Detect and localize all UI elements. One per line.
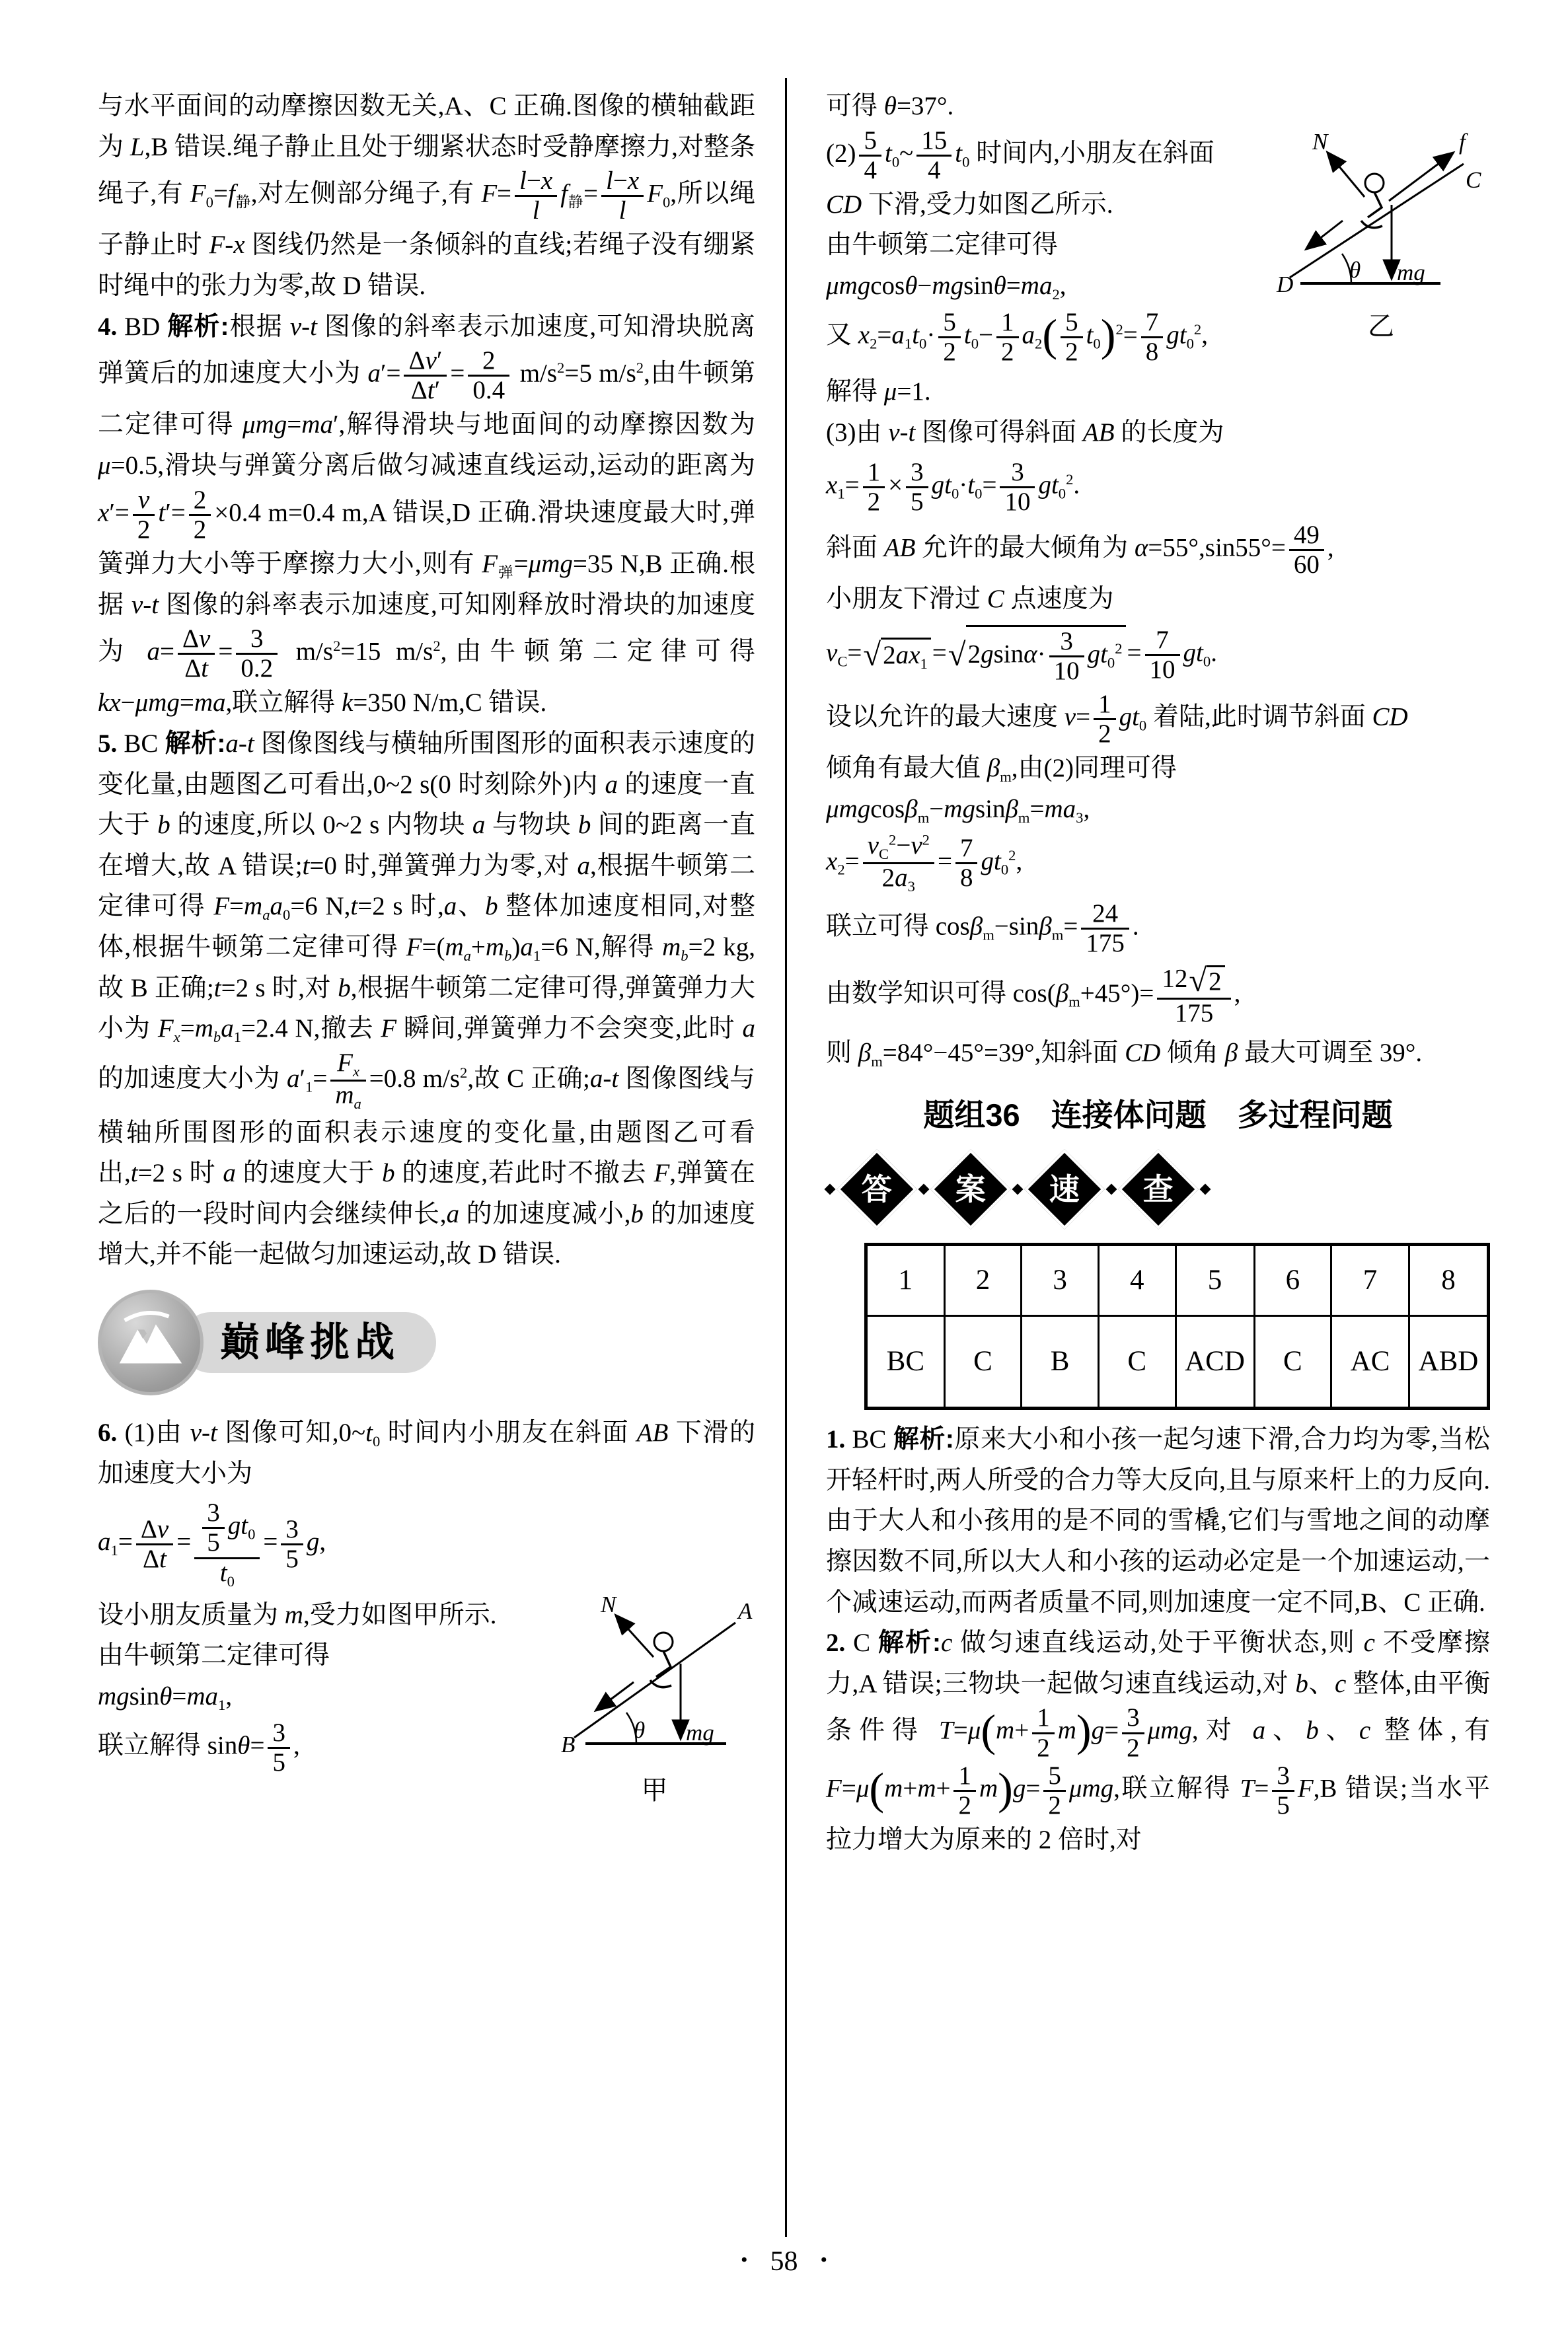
formula-cos-minus-sin: 联立可得 cosβm−sinβm=24175. <box>826 900 1490 957</box>
answer-q8: 8 <box>1409 1245 1488 1316</box>
figure-yi: N f C D θ mg 乙 <box>1272 127 1490 342</box>
figure-yi-caption: 乙 <box>1272 312 1490 341</box>
answer-v1: BC <box>866 1316 945 1409</box>
motion-arrow <box>1307 221 1343 248</box>
answer-q6: 6 <box>1254 1245 1331 1316</box>
badge-dot <box>1106 1184 1117 1195</box>
theta-label: θ <box>634 1717 645 1743</box>
paragraph-max-angle: 斜面 AB 允许的最大倾角为 α=55°,sin55°=4960, <box>826 521 1490 579</box>
formula-a1: a1=ΔvΔt=35gt0t0=35g, <box>98 1499 755 1590</box>
formula-x2-beta: x2=vC2−v22a3=78gt02, <box>826 832 1490 895</box>
left-column: 与水平面间的动摩擦因数无关,A、C 正确.图像的横轴截距为 L,B 错误.绳子静… <box>98 86 755 1808</box>
paragraph-item2-answer: 2. C 解析:c 做匀速直线运动,处于平衡状态,则 c 不受摩擦力,A 错误;… <box>826 1623 1490 1860</box>
badge-dot <box>1200 1184 1211 1195</box>
answer-v5: ACD <box>1176 1316 1254 1409</box>
paragraph-item6-part1: 6. (1)由 v-t 图像可知,0~t0 时间内小朋友在斜面 AB 下滑的加速… <box>98 1413 755 1494</box>
figure-body <box>1368 192 1382 217</box>
answer-v8: ABD <box>1409 1316 1488 1409</box>
point-a-label: A <box>737 1598 753 1624</box>
answer-v6: C <box>1254 1316 1331 1409</box>
point-c-label: C <box>1466 167 1481 193</box>
badge-dot <box>1012 1184 1024 1195</box>
paragraph-pass-c: 小朋友下滑过 C 点速度为 <box>826 579 1490 620</box>
answer-table: 1 2 3 4 5 6 7 8 BC C B C ACD C AC ABD <box>864 1243 1490 1410</box>
mountain-shape <box>120 1325 182 1364</box>
mountain-icon-svg <box>112 1304 190 1382</box>
answer-v3: B <box>1022 1316 1099 1409</box>
motion-arrow <box>597 1682 634 1710</box>
badge-char-4: 查 <box>1143 1165 1174 1214</box>
force-diagram-yi: N f C D θ mg <box>1275 127 1487 299</box>
paragraph-part3: (3)由 v-t 图像可得斜面 AB 的长度为 <box>826 412 1490 453</box>
friction-label: f <box>1459 129 1468 155</box>
answer-v7: AC <box>1331 1316 1409 1409</box>
formula-mu-cos-beta: μmgcosβm−mgsinβm=ma3, <box>826 794 1490 827</box>
paragraph-item4-answer: 4. BD 解析:根据 v-t 图像的斜率表示加速度,可知滑块脱离弹簧后的加速度… <box>98 307 755 723</box>
badge-diamond-1: 答 <box>837 1149 917 1230</box>
paragraph-item1-answer: 1. BC 解析:原来大小和小孩一起匀速下滑,合力均为零,当松开轻杆时,两人所受… <box>826 1419 1490 1623</box>
paragraph-item5-answer: 5. BC 解析:a-t 图像图线与横轴所围图形的面积表示速度的变化量,由题图乙… <box>98 723 755 1275</box>
answer-q5: 5 <box>1176 1245 1254 1316</box>
page-number: 58 <box>770 2246 798 2277</box>
formula-cos-beta-45: 由数学知识可得 cos(βm+45°)=12√2175, <box>826 963 1490 1028</box>
badge-diamond-4: 查 <box>1118 1149 1199 1230</box>
peak-challenge-badge: 巅峰挑战 <box>98 1290 755 1395</box>
paragraph-mu1: 解得 μ=1. <box>826 371 1490 412</box>
force-diagram-jia: N A B θ mg <box>556 1591 754 1763</box>
answer-q1: 1 <box>866 1245 945 1316</box>
badge-dot <box>825 1184 836 1195</box>
figure-head <box>1365 174 1384 192</box>
normal-force-arrow <box>616 1616 653 1657</box>
figure-body <box>656 1651 671 1677</box>
page-footer: •58• <box>0 2240 1568 2283</box>
paragraph-item3-continuation: 与水平面间的动摩擦因数无关,A、C 正确.图像的横轴截距为 L,B 错误.绳子静… <box>98 86 755 307</box>
formula-vc: vC=√2ax1=√2gsinα·310gt02=710gt0. <box>826 625 1490 685</box>
peak-challenge-label: 巅峰挑战 <box>220 1311 400 1374</box>
incline-line <box>1290 164 1464 277</box>
badge-char-2: 案 <box>955 1165 986 1214</box>
badge-dot <box>918 1184 930 1195</box>
footer-right-dot: • <box>821 2244 828 2275</box>
formula-x1: x1=12×35gt0·t0=310gt02. <box>826 459 1490 516</box>
badge-char-1: 答 <box>862 1165 892 1214</box>
figure-jia-caption: 甲 <box>554 1776 755 1805</box>
mountain-icon <box>98 1290 204 1395</box>
answer-v4: C <box>1098 1316 1176 1409</box>
answer-table-value-row: BC C B C ACD C AC ABD <box>866 1316 1489 1409</box>
answer-v2: C <box>944 1316 1022 1409</box>
answer-quickcheck-badge: 答 案 速 查 <box>826 1152 1490 1227</box>
theta-label: θ <box>1349 257 1361 283</box>
cloud-arc <box>125 1313 169 1321</box>
gravity-label: mg <box>1397 260 1425 285</box>
paragraph-max-speed: 设以允许的最大速度 v=12gt0 着陆,此时调节斜面 CD <box>826 690 1490 748</box>
answer-q4: 4 <box>1098 1245 1176 1316</box>
answer-q7: 7 <box>1331 1245 1409 1316</box>
paragraph-beta-max: 倾角有最大值 βm,由(2)同理可得 <box>826 748 1490 789</box>
footer-left-dot: • <box>741 2244 748 2275</box>
point-b-label: B <box>561 1732 575 1757</box>
normal-force-label: N <box>600 1592 617 1617</box>
normal-force-label: N <box>1312 129 1329 155</box>
badge-char-3: 速 <box>1049 1165 1080 1214</box>
badge-diamond-3: 速 <box>1024 1149 1105 1230</box>
answer-q2: 2 <box>944 1245 1022 1316</box>
paragraph-theta37: 可得 θ=37°. <box>826 86 1490 127</box>
figure-head <box>654 1633 673 1651</box>
gravity-label: mg <box>686 1720 714 1746</box>
paragraph-beta-39: 则 βm=84°−45°=39°,知斜面 CD 倾角 β 最大可调至 39°. <box>826 1033 1490 1074</box>
workbook-answer-page: 与水平面间的动摩擦因数无关,A、C 正确.图像的横轴截距为 L,B 错误.绳子静… <box>0 0 1568 2325</box>
column-divider <box>785 78 787 2237</box>
peak-challenge-pill: 巅峰挑战 <box>180 1312 436 1373</box>
figure-jia: N A B θ mg 甲 <box>554 1591 755 1806</box>
answer-q3: 3 <box>1022 1245 1099 1316</box>
answer-table-header-row: 1 2 3 4 5 6 7 8 <box>866 1245 1489 1316</box>
point-d-label: D <box>1276 272 1293 297</box>
right-column: 可得 θ=37°. N f C <box>826 86 1490 1861</box>
badge-diamond-2: 案 <box>930 1149 1011 1230</box>
normal-force-arrow <box>1328 153 1364 197</box>
topic-group-heading: 题组36 连接体问题 多过程问题 <box>826 1091 1490 1140</box>
